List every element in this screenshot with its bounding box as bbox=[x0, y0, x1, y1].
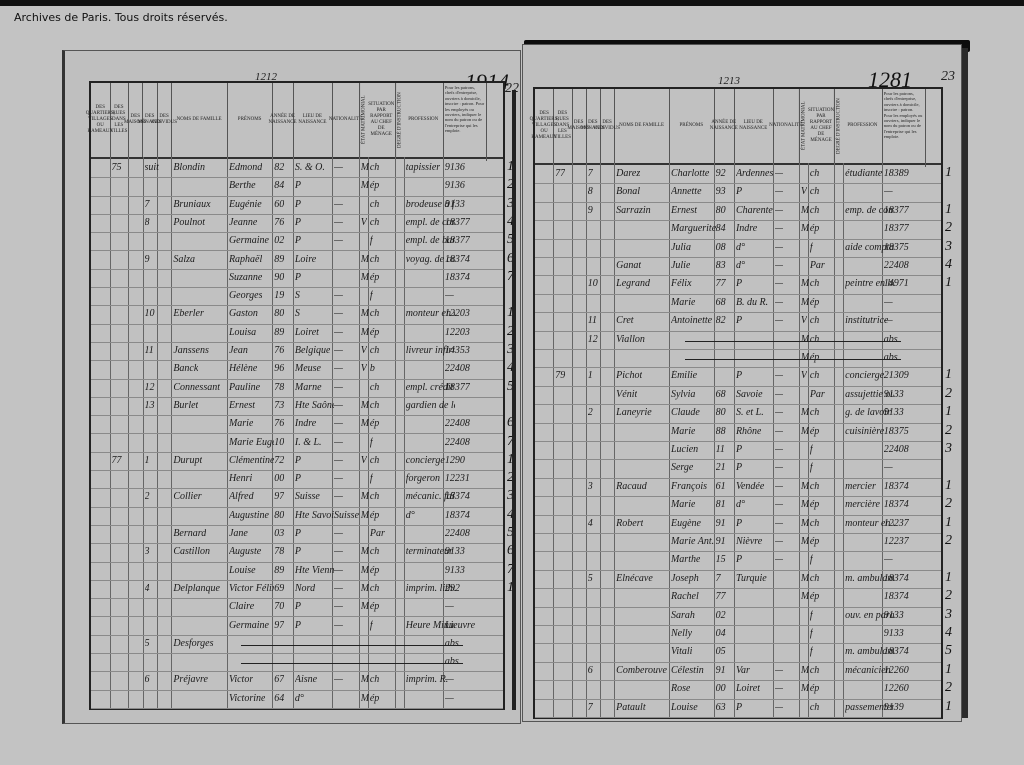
cell-menage: 8 bbox=[588, 186, 593, 197]
cell-nom: Cret bbox=[616, 315, 633, 326]
cell-patron: 18377 bbox=[445, 217, 470, 228]
cell-lieu: Nord bbox=[295, 583, 315, 594]
cell-sit: ch bbox=[370, 254, 379, 265]
cell-sit: ch bbox=[810, 518, 819, 529]
census-row: 6PréjavreVictor67Aisne—Mchimprim. R.— bbox=[91, 671, 503, 690]
census-row: Augustine80Hte SavoieSuisseMépd°183744 bbox=[91, 507, 503, 526]
cell-prenom: Marie bbox=[671, 297, 695, 308]
cell-etat: M bbox=[801, 297, 809, 308]
cell-annee: 19 bbox=[274, 290, 284, 301]
cell-annee: 78 bbox=[274, 546, 284, 557]
cell-nat: — bbox=[775, 297, 784, 308]
cell-patron: — bbox=[884, 315, 893, 326]
cell-etat: M bbox=[801, 573, 809, 584]
census-row: Marie68B. du R.—Mép— bbox=[535, 294, 941, 313]
cell-nom: Blondin bbox=[173, 162, 205, 173]
cell-patron: 18375 bbox=[884, 426, 909, 437]
cell-annee: 89 bbox=[274, 565, 284, 576]
cell-lieu: d° bbox=[736, 260, 745, 271]
cell-annee: 10 bbox=[274, 437, 284, 448]
cell-menage: 8 bbox=[145, 217, 150, 228]
cell-prenom: Henri bbox=[229, 473, 252, 484]
margin-tally-mark: 2 bbox=[945, 533, 952, 549]
census-row: 3RacaudFrançois61Vendée—Mchmercier183741 bbox=[535, 478, 941, 497]
strike-through-line bbox=[241, 645, 463, 646]
census-row: 3CastillonAuguste78P—Mchterminateur horl… bbox=[91, 543, 503, 562]
cell-menage: 9 bbox=[588, 205, 593, 216]
census-row: Marie76Indre—Mép224086 bbox=[91, 415, 503, 434]
cell-patron: 9136 bbox=[445, 180, 465, 191]
right-folio-small: 1213 bbox=[718, 75, 740, 87]
cell-sit: ép bbox=[370, 510, 379, 521]
cell-sit: ép bbox=[810, 426, 819, 437]
cell-nom: Bernard bbox=[173, 528, 206, 539]
cell-menage: suite 6 bbox=[145, 162, 159, 173]
cell-annee: 77 bbox=[716, 591, 726, 602]
cell-prenom: Sarah bbox=[671, 610, 695, 621]
cell-sit: ch bbox=[370, 162, 379, 173]
cell-prenom: Marie bbox=[671, 426, 695, 437]
cell-prenom: Germaine bbox=[229, 620, 269, 631]
cell-nat: — bbox=[775, 278, 784, 289]
margin-tally-mark: 1 bbox=[945, 202, 952, 218]
margin-tally-mark: 3 bbox=[945, 441, 952, 457]
cell-lieu: S. & O. bbox=[295, 162, 325, 173]
cell-patron: 9133 bbox=[884, 407, 904, 418]
cell-nom: Patault bbox=[616, 702, 645, 713]
cell-annee: 89 bbox=[274, 327, 284, 338]
census-row: Lucien11P—f224083 bbox=[535, 441, 941, 460]
cell-annee: 76 bbox=[274, 217, 284, 228]
cell-prenom: Jean bbox=[229, 345, 248, 356]
margin-tally-mark: 1 bbox=[945, 662, 952, 678]
cell-sit: ép bbox=[810, 683, 819, 694]
right-header-patron: Pour les patrons, chefs d'entreprise, ou… bbox=[882, 89, 926, 167]
cell-etat: M bbox=[361, 272, 369, 283]
cell-lieu: P bbox=[295, 180, 301, 191]
cell-prenom: Marguerite bbox=[671, 223, 716, 234]
cell-patron: — bbox=[445, 693, 454, 704]
cell-patron: 9133 bbox=[445, 199, 465, 210]
cell-prenom: Sylvia bbox=[671, 389, 695, 400]
cell-menage: 2 bbox=[145, 491, 150, 502]
cell-prenom: Edmond bbox=[229, 162, 262, 173]
cell-annee: 00 bbox=[274, 473, 284, 484]
cell-etat: M bbox=[361, 565, 369, 576]
cell-menage: 9 bbox=[145, 254, 150, 265]
cell-prenom: Marie Ant. bbox=[671, 536, 714, 547]
cell-patron: 18377 bbox=[445, 382, 470, 393]
census-row: Germaine97P—fHeure MinuitLieuvre bbox=[91, 617, 503, 636]
cell-prenom: Louisa bbox=[229, 327, 256, 338]
cell-lieu: P bbox=[736, 518, 742, 529]
cell-lieu: Hte Vienne bbox=[295, 565, 334, 576]
cell-annee: 03 bbox=[274, 528, 284, 539]
census-row: Rose00Loiret—Mép122602 bbox=[535, 680, 941, 699]
cell-nat: — bbox=[334, 565, 343, 576]
cell-annee: 77 bbox=[716, 278, 726, 289]
cell-nat: — bbox=[334, 601, 343, 612]
margin-tally-mark: 1 bbox=[945, 515, 952, 531]
cell-lieu: P bbox=[295, 455, 301, 466]
cell-annee: 76 bbox=[274, 418, 284, 429]
cell-annee: 83 bbox=[716, 260, 726, 271]
cell-annee: 11 bbox=[716, 444, 725, 455]
cell-menage: 3 bbox=[588, 481, 593, 492]
census-row: Sarah02fouv. en parapluies91333 bbox=[535, 607, 941, 626]
cell-menage: 7 bbox=[588, 168, 593, 179]
left-header-prenom: Prénoms bbox=[227, 83, 273, 157]
left-header-annee: Année de naissance bbox=[272, 83, 294, 157]
cell-annee: 80 bbox=[716, 205, 726, 216]
census-row: 791PichotÉmilieP—Vchconcierge213091 bbox=[535, 367, 941, 386]
cell-etat: M bbox=[801, 518, 809, 529]
cell-prenom: Louise bbox=[671, 702, 698, 713]
cell-annee: 82 bbox=[716, 315, 726, 326]
cell-prenom: Alfred bbox=[229, 491, 254, 502]
cell-annee: 21 bbox=[716, 462, 726, 473]
cell-sit: ch bbox=[370, 217, 379, 228]
cell-prenom: Marthe bbox=[671, 554, 700, 565]
cell-patron: 22408 bbox=[445, 437, 470, 448]
cell-patron: abs bbox=[445, 656, 459, 667]
cell-prof: mercier bbox=[845, 481, 876, 492]
cell-etat: M bbox=[361, 308, 369, 319]
cell-patron: 22408 bbox=[884, 260, 909, 271]
census-row: 13BurletErnest73Hte Saône—Mchgardien de … bbox=[91, 397, 503, 416]
cell-etat: M bbox=[801, 499, 809, 510]
cell-etat: V bbox=[361, 345, 367, 356]
cell-lieu: P bbox=[295, 601, 301, 612]
margin-tally-mark: 4 bbox=[945, 625, 952, 641]
cell-nom: Darez bbox=[616, 168, 640, 179]
cell-etat: M bbox=[801, 352, 809, 363]
cell-menage: 11 bbox=[588, 315, 597, 326]
cell-patron: 12203 bbox=[445, 308, 470, 319]
cell-sit: f bbox=[370, 437, 373, 448]
census-row: 8BonalAnnette93P—Vch— bbox=[535, 183, 941, 202]
cell-etat: M bbox=[801, 536, 809, 547]
census-row: VénitSylvia68Savoie—Parassujettie ouvriè… bbox=[535, 386, 941, 405]
cell-sit: ch bbox=[370, 345, 379, 356]
cell-lieu: Suisse bbox=[295, 491, 320, 502]
cell-prof: concierge bbox=[406, 455, 445, 466]
cell-annee: 02 bbox=[274, 235, 284, 246]
cell-annee: 91 bbox=[716, 665, 726, 676]
cell-house: 75 bbox=[112, 162, 122, 173]
census-row: 771DuruptClémentine72P—Vchconcierge12901 bbox=[91, 452, 503, 471]
cell-sit: Par bbox=[810, 260, 825, 271]
census-row: 9SalzaRaphaël89LoireMchvoyag. de com.183… bbox=[91, 251, 503, 270]
cell-patron: 18374 bbox=[445, 254, 470, 265]
left-header-d1: des quartiers, villages ou hameaux bbox=[91, 83, 111, 157]
left-table-header: des quartiers, villages ou hameauxdes ru… bbox=[91, 83, 503, 159]
cell-lieu: P bbox=[295, 272, 301, 283]
cell-patron: 18374 bbox=[884, 591, 909, 602]
cell-lieu: Aisne bbox=[295, 674, 317, 685]
cell-sit: ch bbox=[370, 199, 379, 210]
cell-lieu: P bbox=[295, 217, 301, 228]
census-row: 5ElnécaveJoseph7TurquieMchm. ambulant183… bbox=[535, 570, 941, 589]
cell-etat: M bbox=[361, 162, 369, 173]
cell-patron: 18374 bbox=[445, 491, 470, 502]
cell-sit: f bbox=[810, 242, 813, 253]
cell-patron: — bbox=[884, 297, 893, 308]
cell-sit: ch bbox=[370, 382, 379, 393]
cell-nom: Comberouve bbox=[616, 665, 667, 676]
census-row: Julia08d°—faide comptable183753 bbox=[535, 239, 941, 258]
left-register-page: 1212 1914 22 des quartiers, villages ou … bbox=[62, 50, 521, 724]
cell-prenom: Auguste bbox=[229, 546, 261, 557]
cell-menage: 6 bbox=[145, 674, 150, 685]
cell-nom: Ganat bbox=[616, 260, 641, 271]
left-header-nat: Nationalité bbox=[332, 83, 360, 157]
cell-patron: 9133 bbox=[884, 628, 904, 639]
cell-patron: — bbox=[445, 601, 454, 612]
census-row: 12ConnessantPauline78Marne—chempl. crédi… bbox=[91, 379, 503, 398]
cell-etat: M bbox=[361, 180, 369, 191]
cell-menage: 5 bbox=[588, 573, 593, 584]
cell-etat: M bbox=[801, 334, 809, 345]
cell-lieu: S bbox=[295, 290, 300, 301]
cell-nat: — bbox=[775, 168, 784, 179]
cell-lieu: P bbox=[736, 186, 742, 197]
cell-sit: ch bbox=[370, 583, 379, 594]
margin-tally-mark: 1 bbox=[945, 367, 952, 383]
cell-prenom: Georges bbox=[229, 290, 263, 301]
cell-nat: — bbox=[334, 382, 343, 393]
cell-nat: Suisse bbox=[334, 510, 359, 521]
left-header-ind: des individus bbox=[157, 83, 172, 157]
cell-nat: — bbox=[334, 528, 343, 539]
cell-etat: M bbox=[361, 491, 369, 502]
census-row: Berthe84PMép91362 bbox=[91, 177, 503, 196]
cell-menage: 5 bbox=[145, 638, 150, 649]
cell-prenom: Antoinette bbox=[671, 315, 712, 326]
cell-patron: 14971 bbox=[884, 278, 909, 289]
cell-prenom: Ernest bbox=[671, 205, 697, 216]
cell-patron: abs bbox=[445, 638, 459, 649]
cell-prenom: Rose bbox=[671, 683, 690, 694]
cell-menage: 1 bbox=[588, 370, 593, 381]
cell-annee: 73 bbox=[274, 400, 284, 411]
right-register-page: 1213 1281 23 des quartiers, villages ou … bbox=[522, 44, 962, 722]
census-row: Marie81d°—Mépmercière183742 bbox=[535, 496, 941, 515]
cell-lieu: Nièvre bbox=[736, 536, 762, 547]
census-row: Rachel77Mép183742 bbox=[535, 588, 941, 607]
cell-annee: 69 bbox=[274, 583, 284, 594]
cell-annee: 90 bbox=[274, 272, 284, 283]
cell-nat: — bbox=[775, 260, 784, 271]
cell-etat: M bbox=[361, 327, 369, 338]
census-row: 2CollierAlfred97Suisse—Mchmécanic. faïen… bbox=[91, 488, 503, 507]
cell-nat: — bbox=[775, 242, 784, 253]
cell-nat: — bbox=[334, 583, 343, 594]
cell-patron: 14353 bbox=[445, 345, 470, 356]
cell-lieu: d° bbox=[736, 242, 745, 253]
cell-nom: Janssens bbox=[173, 345, 209, 356]
cell-nom: Vénit bbox=[616, 389, 637, 400]
cell-etat: M bbox=[361, 418, 369, 429]
cell-lieu: S bbox=[295, 308, 300, 319]
cell-lieu: Charente bbox=[736, 205, 773, 216]
cell-nom: Banck bbox=[173, 363, 198, 374]
cell-prenom: Rachel bbox=[671, 591, 699, 602]
cell-prenom: Marie bbox=[671, 499, 695, 510]
right-header-sit: Situation par rapport au chef de ménage bbox=[808, 89, 835, 163]
cell-sit: ch bbox=[810, 573, 819, 584]
cell-prenom: Victorine bbox=[229, 693, 265, 704]
cell-nat: — bbox=[775, 315, 784, 326]
cell-sit: ch bbox=[810, 407, 819, 418]
cell-etat: M bbox=[801, 665, 809, 676]
cell-nat: — bbox=[334, 217, 343, 228]
right-header-lieu: Lieu de naissance bbox=[734, 89, 774, 163]
cell-nat: — bbox=[775, 370, 784, 381]
cell-lieu: P bbox=[295, 546, 301, 557]
cell-patron: 9133 bbox=[445, 546, 465, 557]
margin-tally-mark: 5 bbox=[945, 643, 952, 659]
cell-menage: 10 bbox=[145, 308, 155, 319]
cell-nat: — bbox=[775, 683, 784, 694]
census-row: Louisa89Loiret—Mép122032 bbox=[91, 324, 503, 343]
right-header-prenom: Prénoms bbox=[669, 89, 715, 163]
cell-lieu: P bbox=[295, 473, 301, 484]
cell-prenom: Pauline bbox=[229, 382, 260, 393]
census-row: Marthe15P—f— bbox=[535, 551, 941, 570]
census-row: 9SarrazinErnest80Charente—Mchemp. de com… bbox=[535, 202, 941, 221]
margin-tally-mark: 4 bbox=[945, 257, 952, 273]
cell-annee: 67 bbox=[274, 674, 284, 685]
cell-annee: 97 bbox=[274, 491, 284, 502]
census-row: 8PoulnotJeanne76P—Vchempl. de com.183774 bbox=[91, 214, 503, 233]
cell-nat: — bbox=[775, 205, 784, 216]
cell-prenom: Claire bbox=[229, 601, 254, 612]
cell-menage: 7 bbox=[588, 702, 593, 713]
cell-prenom: Raphaël bbox=[229, 254, 262, 265]
cell-menage: 2 bbox=[588, 407, 593, 418]
cell-menage: 6 bbox=[588, 665, 593, 676]
cell-patron: 18374 bbox=[445, 272, 470, 283]
cell-nat: — bbox=[334, 345, 343, 356]
cell-prof: étudiante bbox=[845, 168, 882, 179]
cell-patron: 18374 bbox=[884, 481, 909, 492]
cell-prenom: Nelly bbox=[671, 628, 692, 639]
cell-sit: ch bbox=[810, 370, 819, 381]
cell-nat: — bbox=[334, 418, 343, 429]
cell-sit: ch bbox=[370, 308, 379, 319]
right-header-nom: Noms de famille bbox=[614, 89, 670, 163]
cell-sit: ch bbox=[370, 491, 379, 502]
left-header-prof: Profession bbox=[404, 83, 444, 157]
census-row: 75suite 6BlondinEdmond82S. & O.—Mchtapis… bbox=[91, 159, 503, 178]
cell-prenom: Félix bbox=[671, 278, 692, 289]
census-row: Suzanne90PMép183747 bbox=[91, 269, 503, 288]
cell-nat: — bbox=[775, 499, 784, 510]
margin-tally-mark: 3 bbox=[945, 239, 952, 255]
cell-prenom: Victor bbox=[229, 674, 253, 685]
cell-sit: ch bbox=[370, 400, 379, 411]
census-row: Marie88Rhône—Mépcuisinière183752 bbox=[535, 423, 941, 442]
cell-nom: Durupt bbox=[173, 455, 202, 466]
cell-patron: 18377 bbox=[884, 223, 909, 234]
cell-lieu: P bbox=[736, 462, 742, 473]
census-row: Henri00P—fforgeron122312 bbox=[91, 470, 503, 489]
cell-nat: — bbox=[334, 290, 343, 301]
cell-nom: Bruniaux bbox=[173, 199, 210, 210]
cell-sit: f bbox=[810, 462, 813, 473]
cell-nom: Elnécave bbox=[616, 573, 653, 584]
cell-annee: 81 bbox=[716, 499, 726, 510]
cell-lieu: P bbox=[736, 554, 742, 565]
cell-nat: — bbox=[334, 162, 343, 173]
census-row: 6ComberouveCélestin91Var—Mchmécanicien12… bbox=[535, 662, 941, 681]
cell-etat: V bbox=[801, 186, 807, 197]
cell-etat: M bbox=[801, 278, 809, 289]
cell-annee: 92 bbox=[716, 168, 726, 179]
cell-nom: Burlet bbox=[173, 400, 198, 411]
cell-patron: 21309 bbox=[884, 370, 909, 381]
census-row: 11CretAntoinette82P—Vchinstitutrice— bbox=[535, 312, 941, 331]
census-row: 7BruniauxEugénie60P—chbrodeuse à façon91… bbox=[91, 196, 503, 215]
cell-annee: 80 bbox=[274, 308, 284, 319]
cell-sit: f bbox=[810, 628, 813, 639]
cell-prenom: Serge bbox=[671, 462, 693, 473]
cell-patron: — bbox=[884, 462, 893, 473]
cell-annee: 80 bbox=[716, 407, 726, 418]
cell-lieu: Savoie bbox=[736, 389, 763, 400]
cell-prenom: Suzanne bbox=[229, 272, 262, 283]
cell-nat: — bbox=[334, 473, 343, 484]
census-row: 10EberlerGaston80S—Mchmonteur en cuivre1… bbox=[91, 305, 503, 324]
cell-sit: f bbox=[810, 444, 813, 455]
cell-etat: M bbox=[801, 426, 809, 437]
cell-annee: 63 bbox=[716, 702, 726, 713]
margin-tally-mark: 1 bbox=[945, 699, 952, 715]
cell-sit: ch bbox=[810, 186, 819, 197]
margin-tally-mark: 2 bbox=[945, 680, 952, 696]
cell-patron: 18377 bbox=[445, 235, 470, 246]
census-row: 777DarezCharlotte92Ardennes—chétudiante1… bbox=[535, 165, 941, 184]
cell-nat: — bbox=[775, 407, 784, 418]
cell-etat: M bbox=[801, 591, 809, 602]
cell-nom: Desforges bbox=[173, 638, 213, 649]
cell-nat: — bbox=[775, 389, 784, 400]
census-row: 5Desforgesabs bbox=[91, 635, 503, 654]
cell-nom: Viallon bbox=[616, 334, 645, 345]
cell-prenom: Marie Eugénie bbox=[229, 437, 274, 448]
census-row: 11JanssensJean76Belgique—Vchlivreur infi… bbox=[91, 342, 503, 361]
left-census-table: des quartiers, villages ou hameauxdes ru… bbox=[89, 81, 505, 710]
cell-menage: 3 bbox=[145, 546, 150, 557]
census-row: abs bbox=[91, 653, 503, 672]
cell-prenom: Berthe bbox=[229, 180, 256, 191]
cell-lieu: B. du R. bbox=[736, 297, 768, 308]
cell-prenom: Ernest bbox=[229, 400, 255, 411]
cell-annee: 00 bbox=[716, 683, 726, 694]
cell-prenom: Jane bbox=[229, 528, 248, 539]
cell-nat: — bbox=[775, 554, 784, 565]
cell-nom: Salza bbox=[173, 254, 195, 265]
cell-patron: 12203 bbox=[445, 327, 470, 338]
cell-sit: f bbox=[370, 620, 373, 631]
cell-nat: — bbox=[775, 665, 784, 676]
cell-sit: ép bbox=[810, 591, 819, 602]
census-row: Georges19S—f— bbox=[91, 287, 503, 306]
cell-patron: 18377 bbox=[884, 205, 909, 216]
margin-tally-mark: 2 bbox=[945, 386, 952, 402]
cell-annee: 97 bbox=[274, 620, 284, 631]
